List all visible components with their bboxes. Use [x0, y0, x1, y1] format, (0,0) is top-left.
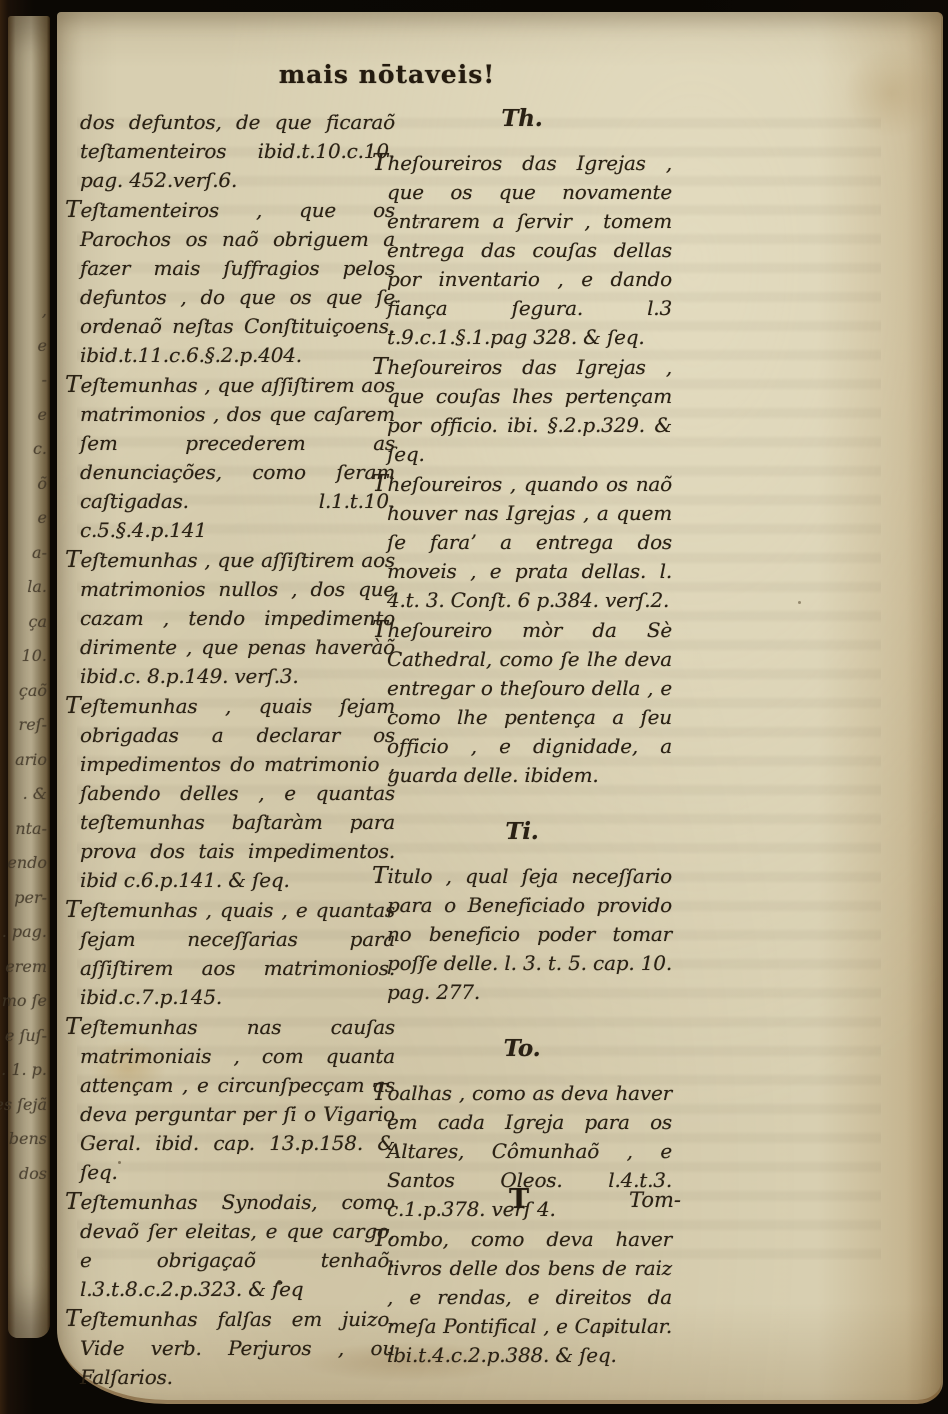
fragment: reſ- — [19, 708, 47, 743]
index-entry: Teſtemunhas , quais , e quantas ſejam ne… — [65, 895, 395, 1012]
index-entry: Theſoureiros das Igrejas , que os que no… — [372, 148, 672, 352]
fragment: c. — [33, 432, 47, 467]
fragment: es ſejã — [0, 1088, 47, 1123]
fragment: e — [38, 501, 47, 536]
book-scan: , e - e c. õ e a- la. ça 10. çaõ reſ- ar… — [0, 0, 948, 1414]
book-page: mais nōtaveis! dos defuntos, de que fica… — [57, 12, 943, 1404]
index-entry: dos defuntos, de que ficaraõ teſtamentei… — [65, 108, 395, 195]
catchword: Tom- — [629, 1188, 681, 1212]
fragment: a- — [32, 536, 47, 571]
fragment: per- — [14, 881, 47, 916]
index-entry: Theſoureiro mòr da Sè Cathedral, como ſe… — [372, 615, 672, 790]
previous-page-edge: , e - e c. õ e a- la. ça 10. çaõ reſ- ar… — [8, 16, 50, 1338]
fragment: erem — [5, 950, 47, 985]
fragment: 10. — [22, 639, 47, 674]
fragment: çaõ — [19, 674, 47, 709]
index-entry: Teſtemunhas nas cauſas matrimoniais , co… — [65, 1012, 395, 1187]
paper-stain — [843, 48, 939, 138]
previous-page-text-fragments: , e - e c. õ e a- la. ça 10. çaõ reſ- ar… — [9, 294, 47, 1191]
fragment: la. — [27, 570, 47, 605]
index-entry: Titulo , qual ſeja neceſſario para o Ben… — [372, 861, 672, 1007]
fragment: õ — [37, 467, 47, 502]
fragment: . 1. p. — [1, 1053, 47, 1088]
fragment: e — [38, 329, 47, 364]
section-heading: To. — [372, 1034, 672, 1063]
right-column: Th. Theſoureiros das Igrejas , que os qu… — [372, 104, 672, 1370]
index-entry: Teſtemunhas , quais ſejam obrigadas a de… — [65, 691, 395, 895]
running-header: mais nōtaveis! — [227, 60, 547, 89]
index-entry: Theſoureiros , quando os naõ houver nas … — [372, 469, 672, 615]
fragment: ario — [15, 743, 47, 778]
fragment: . pag. — [2, 915, 47, 950]
left-column: dos defuntos, de que ficaraõ teſtamentei… — [65, 108, 395, 1392]
fragment: endo — [7, 846, 47, 881]
index-entry: Teſtemunhas Synodais, como devaõ ſer ele… — [65, 1187, 395, 1304]
fragment: . & — [23, 777, 47, 812]
fragment: ça — [29, 605, 48, 640]
fragment: nta- — [15, 812, 47, 847]
index-entry: Theſoureiros das Igrejas , que couſas lh… — [372, 352, 672, 469]
section-heading: Th. — [372, 104, 672, 133]
fragment: - — [42, 363, 47, 398]
section-heading: Ti. — [372, 817, 672, 846]
section-th: Th. Theſoureiros das Igrejas , que os qu… — [372, 104, 672, 790]
fragment: mo ſe — [2, 984, 47, 1019]
fragment: bens — [9, 1122, 47, 1157]
index-entry: Teſtemunhas falſas em juizo. Vide verb. … — [65, 1304, 395, 1392]
fragment: , — [42, 294, 47, 329]
signature-mark: T — [509, 1184, 529, 1215]
section-ti: Ti. Titulo , qual ſeja neceſſario para o… — [372, 817, 672, 1007]
fragment: dos — [19, 1157, 47, 1192]
fragment: e — [38, 398, 47, 433]
index-entry: Tombo, como deva haver livros delle dos … — [372, 1224, 672, 1370]
fragment: e ſuſ- — [5, 1019, 47, 1054]
index-entry: Teſtamenteiros , que os Parochos os naõ … — [65, 195, 395, 370]
index-entry: Teſtemunhas , que aſſiſtirem aos matrimo… — [65, 370, 395, 545]
index-entry: Teſtemunhas , que aſſiſtirem aos matrimo… — [65, 545, 395, 691]
